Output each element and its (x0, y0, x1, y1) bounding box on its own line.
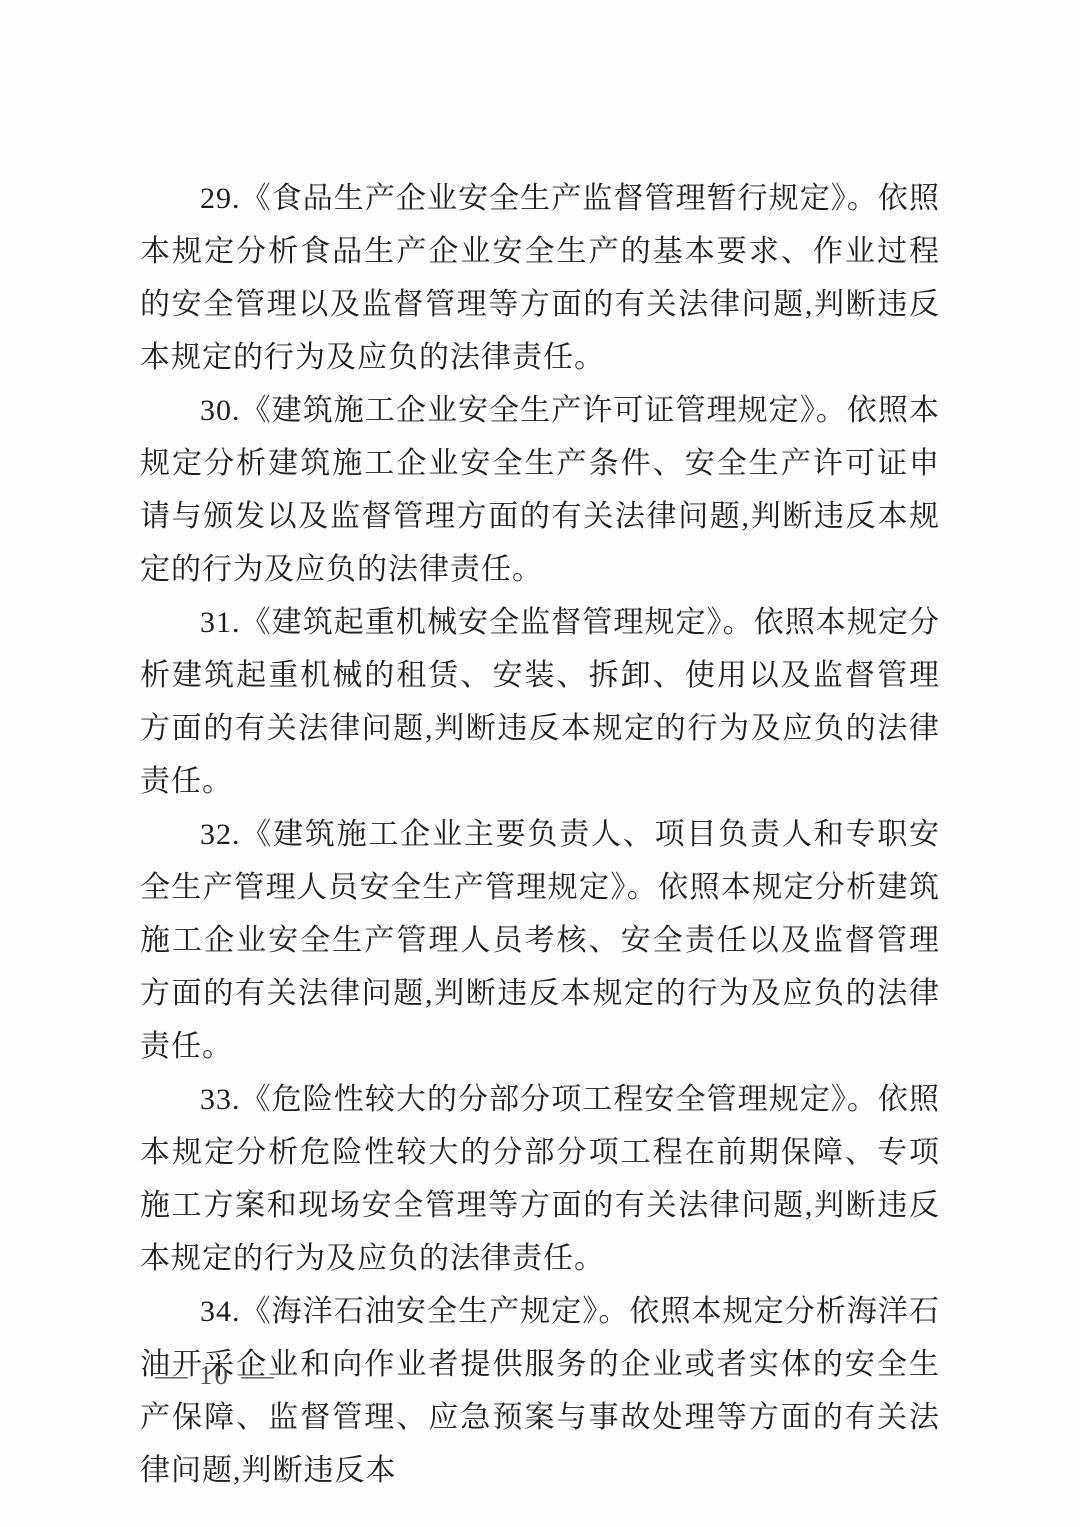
paragraph-item-30: 30.《建筑施工企业安全生产许可证管理规定》。依照本规定分析建筑施工企业安全生产… (140, 384, 940, 596)
document-page: 29.《食品生产企业安全生产监督管理暂行规定》。依照本规定分析食品生产企业安全生… (0, 0, 1080, 1527)
paragraph-item-33: 33.《危险性较大的分部分项工程安全管理规定》。依照本规定分析危险性较大的分部分… (140, 1073, 940, 1285)
page-number-right-dash: — (241, 1358, 273, 1392)
page-number: 10 (199, 1358, 230, 1392)
page-footer: — 10 — (158, 1358, 271, 1392)
page-number-left-dash: — (155, 1358, 187, 1392)
document-body: 29.《食品生产企业安全生产监督管理暂行规定》。依照本规定分析食品生产企业安全生… (140, 172, 940, 1497)
paragraph-item-31: 31.《建筑起重机械安全监督管理规定》。依照本规定分析建筑起重机械的租赁、安装、… (140, 596, 940, 808)
paragraph-item-32: 32.《建筑施工企业主要负责人、项目负责人和专职安全生产管理人员安全生产管理规定… (140, 808, 940, 1073)
paragraph-item-29: 29.《食品生产企业安全生产监督管理暂行规定》。依照本规定分析食品生产企业安全生… (140, 172, 940, 384)
